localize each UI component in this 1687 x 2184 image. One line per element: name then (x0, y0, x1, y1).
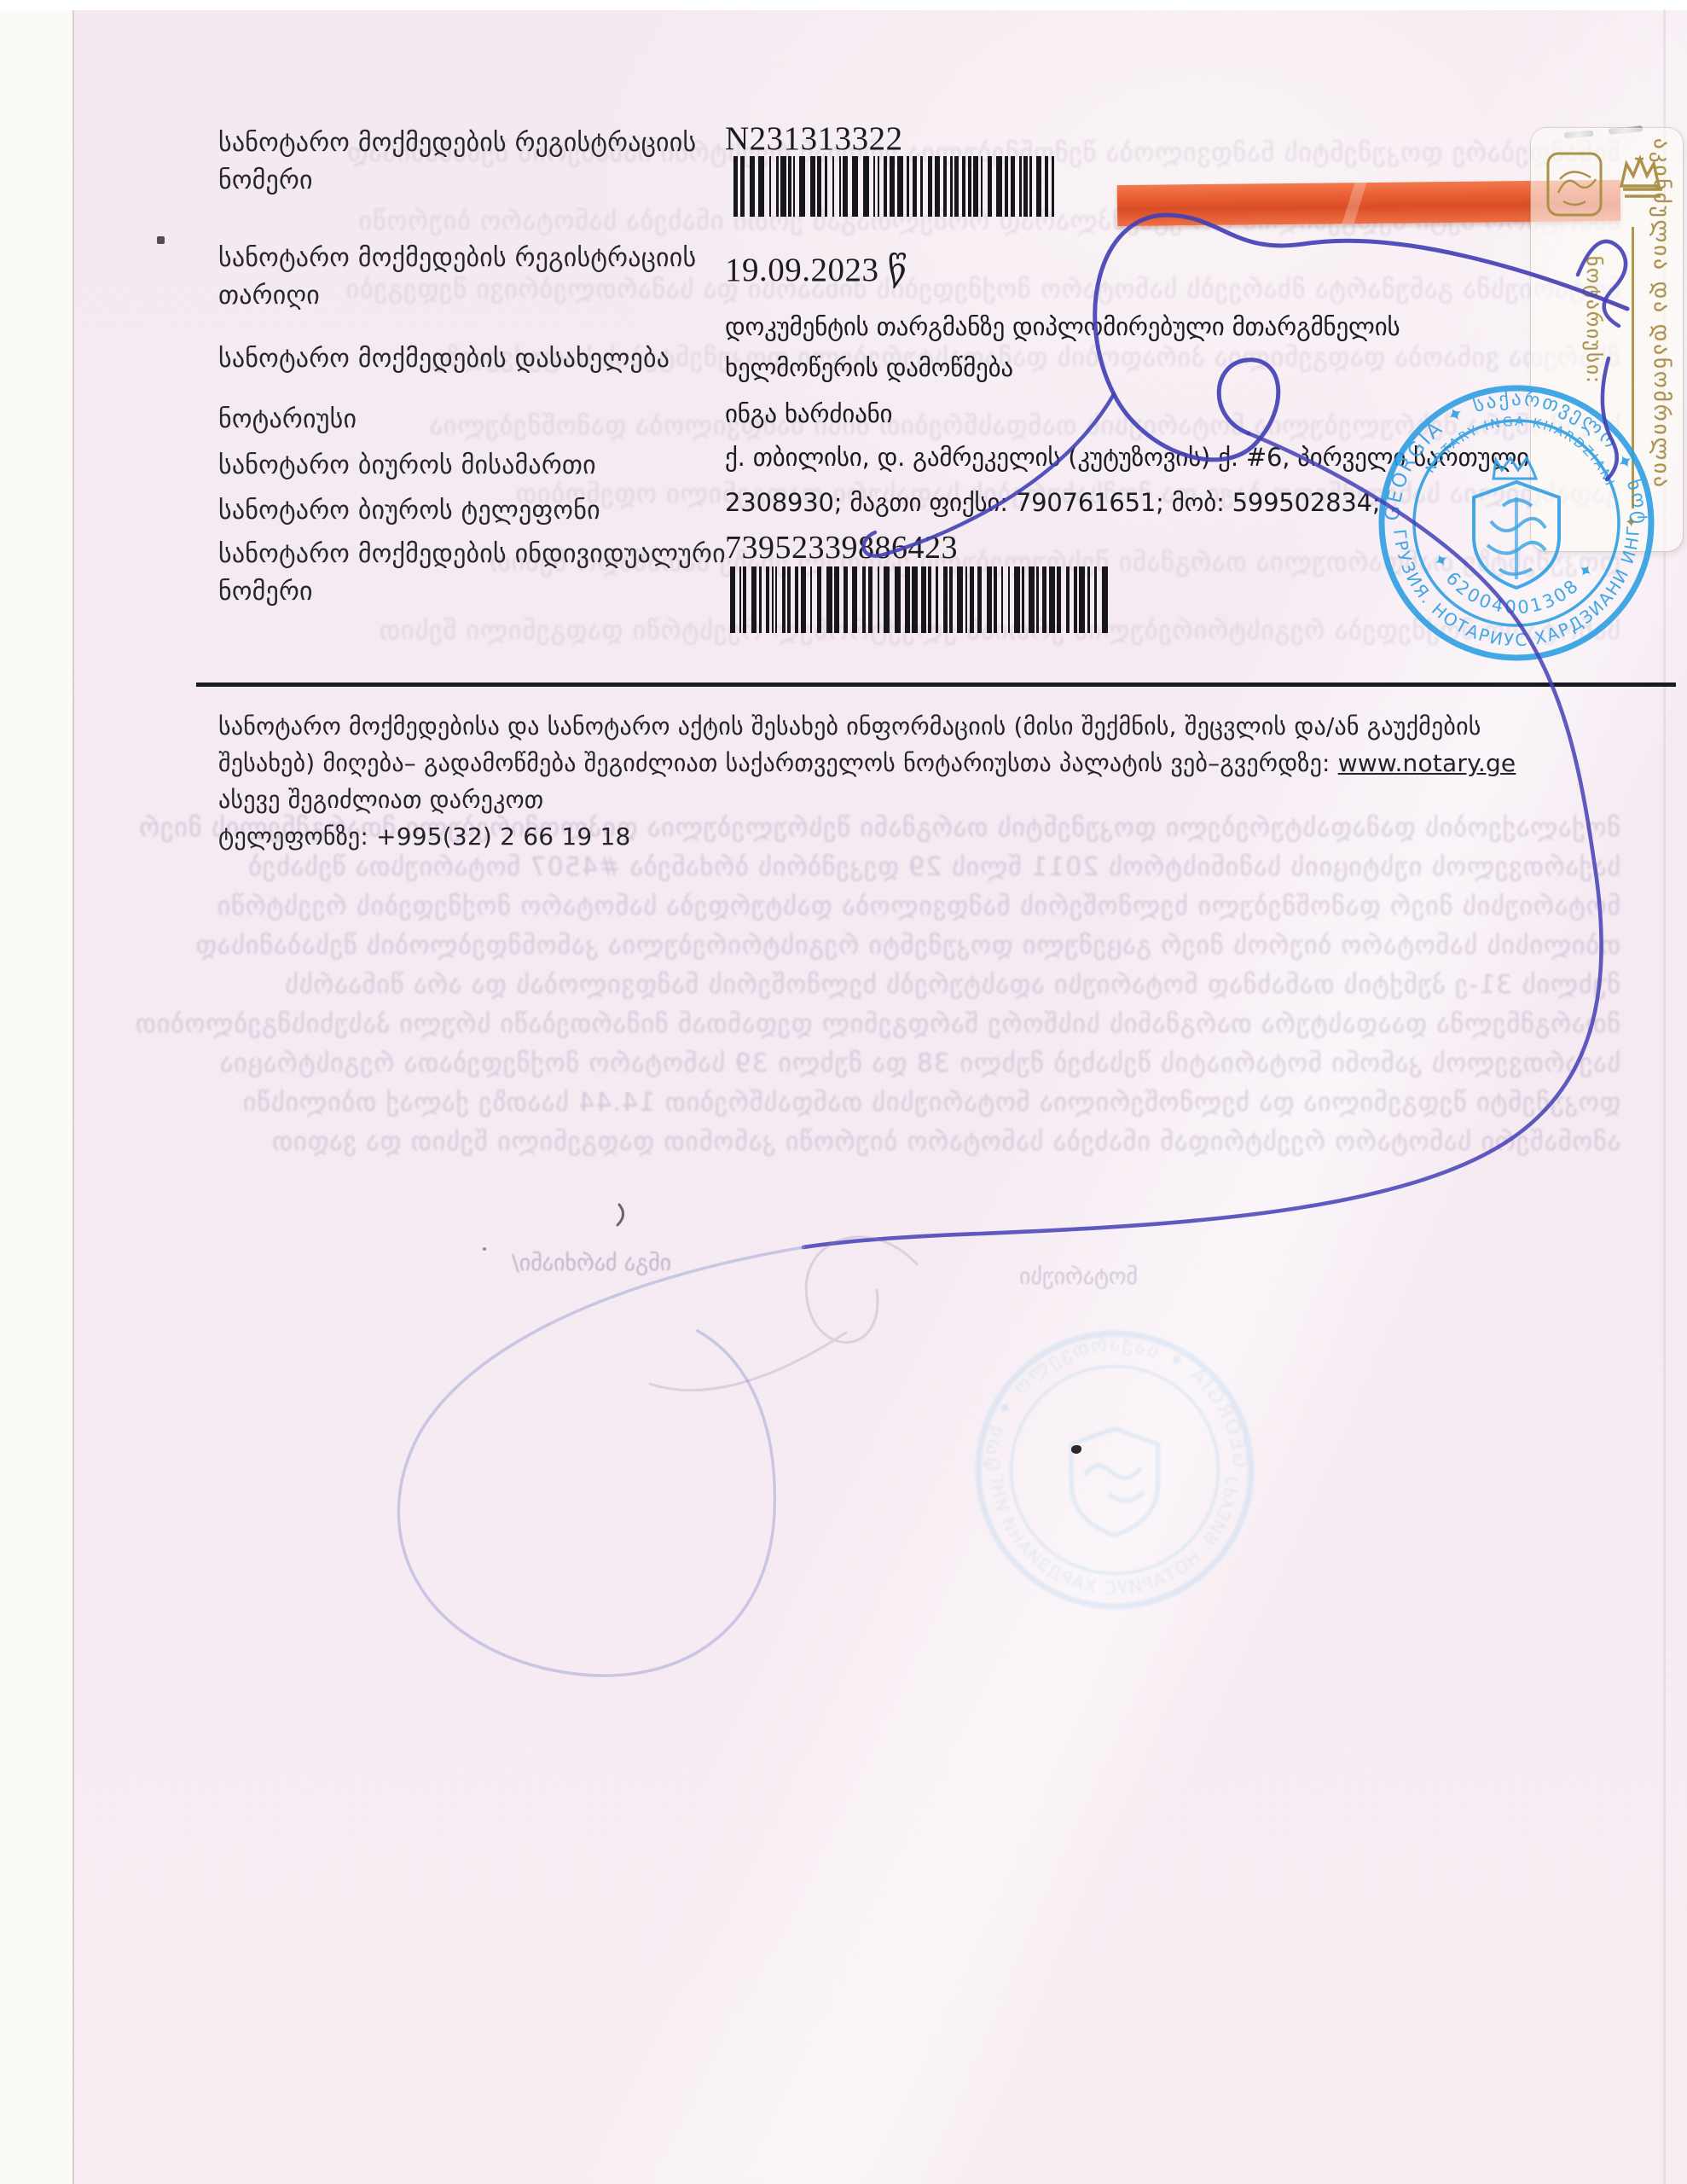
divider-rule (196, 682, 1676, 687)
bleed-through-stamp: GEORGIA ✦ საქართველო ✦ ნოტარიუსი ინგა ხა… (968, 1323, 1261, 1617)
field-label-registration-number: სანოტარო მოქმედების რეგისტრაციის ნომერი (218, 125, 764, 199)
footer-line2-after: ასევე შეგიძლიათ დარეკოთ (218, 786, 543, 814)
field-value-action-title-line1: დოკუმენტის თარგმანზე დიპლომირებული მთარგ… (725, 312, 1400, 341)
bleed-mirrored-name: ინგა ხარძიანი/ (512, 1251, 671, 1276)
individual-number-barcode (730, 566, 1111, 633)
field-value-notary: ინგა ხარძიანი (725, 399, 892, 428)
field-label-bureau-phone: სანოტარო ბიუროს ტელეფონი (218, 492, 764, 530)
field-label-individual-number: სანოტარო მოქმედების ინდივიდუალური ნომერი (218, 536, 764, 610)
field-label-notary: ნოტარიუსი (218, 401, 764, 439)
field-value-registration-date: 19.09.2023 წ (725, 251, 907, 289)
dust-speck (483, 1247, 486, 1251)
registration-number-barcode (733, 156, 1059, 217)
scanner-edge-top (0, 0, 1687, 10)
notary-round-stamp: GEORGIA ✦ საქართველო ✦ ნოტარიუსი ინგა ხა… (1371, 378, 1661, 668)
bleed-mirrored-label: ნოტარიუსი (1019, 1264, 1138, 1290)
ink-speck (157, 236, 165, 244)
ribbon-fold (1342, 183, 1367, 224)
field-value-individual-number: 73952339886423 (725, 529, 958, 566)
footer-note: სანოტარო მოქმედებისა და სანოტარო აქტის შ… (218, 708, 1549, 855)
field-label-action-title: სანოტარო მოქმედების დასახელება (218, 340, 764, 378)
footer-line3: ტელეფონზე: +995(32) 2 66 19 18 (218, 822, 631, 851)
field-label-bureau-address: სანოტარო ბიუროს მისამართი (218, 447, 764, 485)
footer-line2-before: გადამოწმება შეგიძლიათ საქართველოს ნოტარი… (424, 749, 1338, 777)
field-label-registration-date: სანოტარო მოქმედების რეგისტრაციის თარიღი (218, 240, 764, 314)
field-value-bureau-phone: 2308930; მაგთი ფიქსი: 790761651; მობ: 59… (725, 488, 1381, 517)
document-scan: წინამდებარე დოკუმენტის ნამდვილობა შემოწმ… (0, 0, 1687, 2184)
field-value-action-title-line2: ხელმოწერის დამოწმება (725, 353, 1013, 382)
notary-website-link: www.notary.ge (1338, 749, 1516, 777)
sticker-signer-label: ნოტარიუსი: (1582, 256, 1604, 385)
field-value-registration-number: N231313322 (725, 119, 903, 158)
